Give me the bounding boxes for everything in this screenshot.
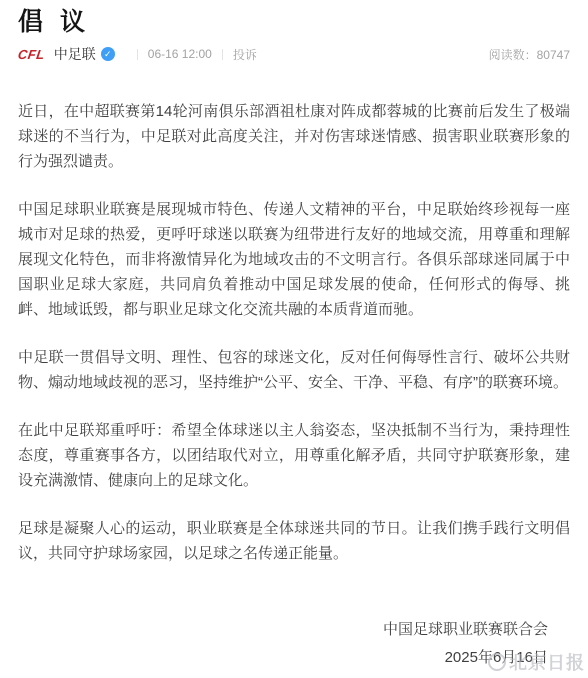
post-time: 06-16 12:00 (148, 47, 212, 61)
report-link[interactable]: 投诉 (233, 46, 257, 63)
divider (222, 49, 223, 60)
paragraph-1: 近日，在中超联赛第14轮河南俱乐部酒祖杜康对阵成都蓉城的比赛前后发生了极端球迷的… (18, 99, 570, 174)
signature-block: 中国足球职业联赛联合会 2025年6月16日 (18, 616, 548, 672)
article-title: 倡 议 (18, 8, 570, 36)
paragraph-2: 中国足球职业联赛是展现城市特色、传递人文精神的平台，中足联始终珍视每一座城市对足… (18, 197, 570, 322)
paragraph-5: 足球是凝聚人心的运动，职业联赛是全体球迷共同的节日。让我们携手践行文明倡议，共同… (18, 516, 570, 566)
article-page: 倡 议 CFL 中足联 ✓ 06-16 12:00 投诉 阅读数：80747 近… (0, 0, 588, 678)
divider (137, 49, 138, 60)
paragraph-3: 中足联一贯倡导文明、理性、包容的球迷文化，反对任何侮辱性言行、破坏公共财物、煽动… (18, 345, 570, 395)
signature-org: 中国足球职业联赛联合会 (18, 616, 548, 644)
verified-badge-icon: ✓ (101, 47, 115, 61)
signature-date: 2025年6月16日 (18, 644, 548, 672)
article-body: 近日，在中超联赛第14轮河南俱乐部酒祖杜康对阵成都蓉城的比赛前后发生了极端球迷的… (18, 99, 570, 566)
author-name[interactable]: 中足联 (54, 44, 96, 64)
cfl-logo[interactable]: CFL (17, 47, 46, 62)
post-meta-bar: CFL 中足联 ✓ 06-16 12:00 投诉 阅读数：80747 (18, 45, 570, 63)
paragraph-4: 在此中足联郑重呼吁：希望全体球迷以主人翁姿态，坚决抵制不当行为，秉持理性态度，尊… (18, 418, 570, 493)
read-count: 阅读数：80747 (489, 46, 570, 63)
